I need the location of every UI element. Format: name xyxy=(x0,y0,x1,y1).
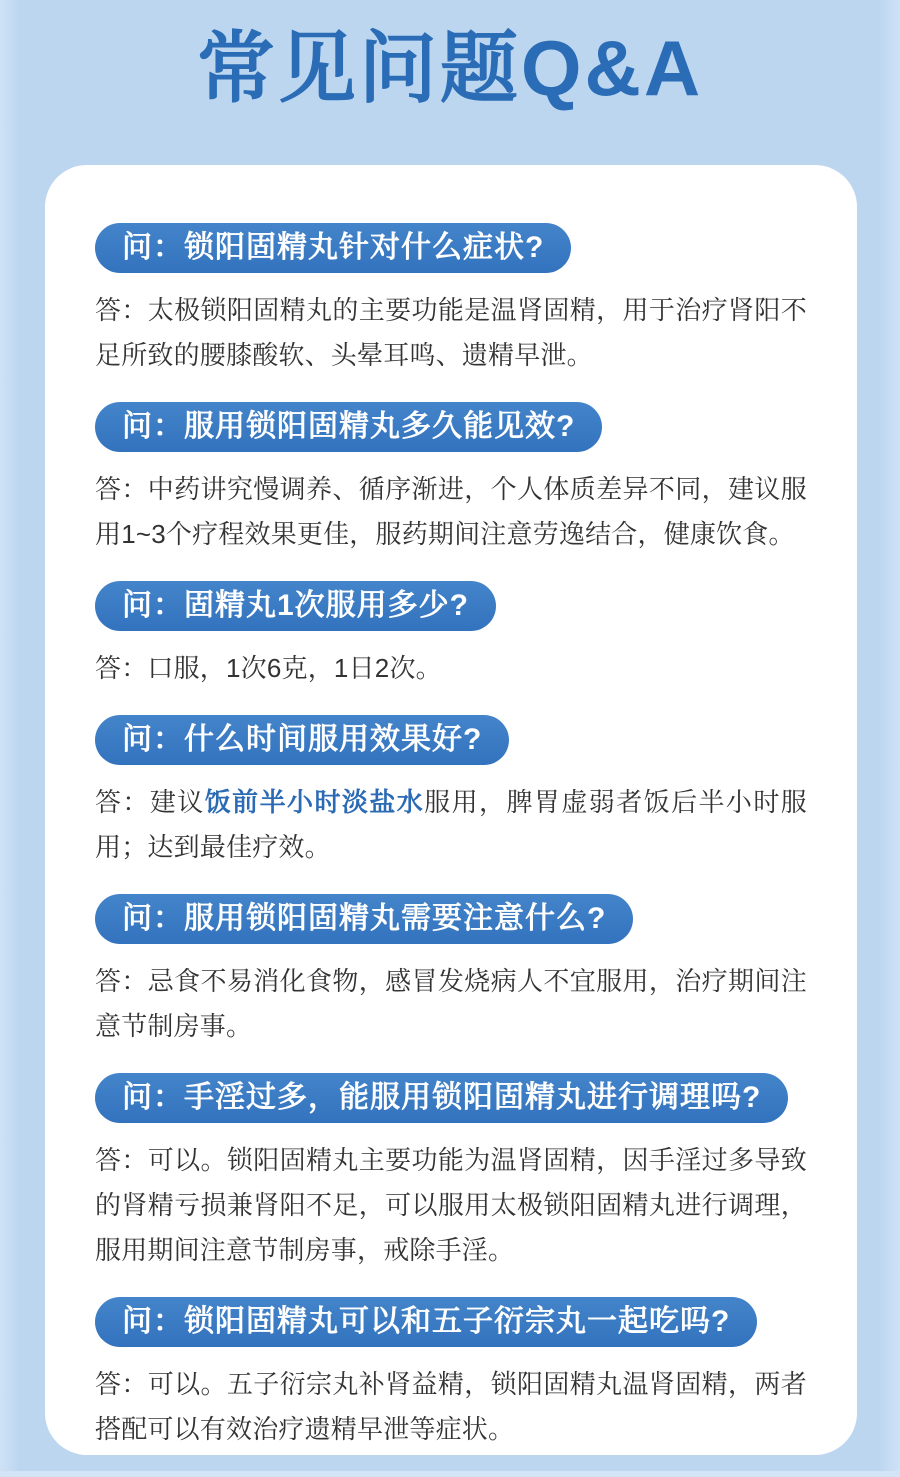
qa-item-2: 问：服用锁阳固精丸多久能见效? 答：中药讲究慢调养、循序渐进，个人体质差异不同，… xyxy=(95,402,809,557)
question-pill: 问：固精丸1次服用多少? xyxy=(95,581,496,631)
answer-text: 答：可以。五子衍宗丸补肾益精，锁阳固精丸温肾固精，两者搭配可以有效治疗遗精早泄等… xyxy=(95,1362,807,1452)
question-text: 问：手淫过多，能服用锁阳固精丸进行调理吗? xyxy=(122,1081,761,1114)
question-text: 问：固精丸1次服用多少? xyxy=(122,589,469,622)
question-pill: 问：服用锁阳固精丸需要注意什么? xyxy=(95,894,633,944)
question-text: 问：什么时间服用效果好? xyxy=(122,723,482,756)
qa-item-4: 问：什么时间服用效果好? 答：建议饭前半小时淡盐水服用，脾胃虚弱者饭后半小时服用… xyxy=(95,715,809,870)
answer-highlight: 饭前半小时淡盐水 xyxy=(205,787,424,817)
question-pill: 问：锁阳固精丸可以和五子衍宗丸一起吃吗? xyxy=(95,1297,757,1347)
faq-page: 常见问题Q&A 问：锁阳固精丸针对什么症状? 答：太极锁阳固精丸的主要功能是温肾… xyxy=(0,0,900,1477)
question-text: 问：服用锁阳固精丸多久能见效? xyxy=(122,410,575,443)
question-pill: 问：锁阳固精丸针对什么症状? xyxy=(95,223,571,273)
qa-item-6: 问：手淫过多，能服用锁阳固精丸进行调理吗? 答：可以。锁阳固精丸主要功能为温肾固… xyxy=(95,1073,809,1273)
question-text: 问：锁阳固精丸可以和五子衍宗丸一起吃吗? xyxy=(122,1305,730,1338)
bottom-strip xyxy=(0,1471,900,1477)
question-pill: 问：手淫过多，能服用锁阳固精丸进行调理吗? xyxy=(95,1073,788,1123)
question-text: 问：锁阳固精丸针对什么症状? xyxy=(122,231,544,264)
page-title: 常见问题Q&A xyxy=(0,0,900,114)
answer-text: 答：中药讲究慢调养、循序渐进，个人体质差异不同，建议服用1~3个疗程效果更佳，服… xyxy=(95,467,807,557)
answer-text: 答：可以。锁阳固精丸主要功能为温肾固精，因手淫过多导致的肾精亏损兼肾阳不足，可以… xyxy=(95,1138,807,1273)
qa-item-5: 问：服用锁阳固精丸需要注意什么? 答：忌食不易消化食物，感冒发烧病人不宜服用，治… xyxy=(95,894,809,1049)
question-pill: 问：什么时间服用效果好? xyxy=(95,715,509,765)
question-pill: 问：服用锁阳固精丸多久能见效? xyxy=(95,402,602,452)
qa-item-1: 问：锁阳固精丸针对什么症状? 答：太极锁阳固精丸的主要功能是温肾固精，用于治疗肾… xyxy=(95,223,809,378)
answer-text: 答：忌食不易消化食物，感冒发烧病人不宜服用，治疗期间注意节制房事。 xyxy=(95,959,807,1049)
qa-item-7: 问：锁阳固精丸可以和五子衍宗丸一起吃吗? 答：可以。五子衍宗丸补肾益精，锁阳固精… xyxy=(95,1297,809,1452)
answer-text: 答：太极锁阳固精丸的主要功能是温肾固精，用于治疗肾阳不足所致的腰膝酸软、头晕耳鸣… xyxy=(95,288,807,378)
answer-text: 答：口服，1次6克，1日2次。 xyxy=(95,646,807,691)
faq-card: 问：锁阳固精丸针对什么症状? 答：太极锁阳固精丸的主要功能是温肾固精，用于治疗肾… xyxy=(45,165,857,1455)
answer-prefix: 答：建议 xyxy=(95,787,205,817)
qa-item-3: 问：固精丸1次服用多少? 答：口服，1次6克，1日2次。 xyxy=(95,581,809,691)
answer-text: 答：建议饭前半小时淡盐水服用，脾胃虚弱者饭后半小时服用；达到最佳疗效。 xyxy=(95,780,807,870)
question-text: 问：服用锁阳固精丸需要注意什么? xyxy=(122,902,606,935)
